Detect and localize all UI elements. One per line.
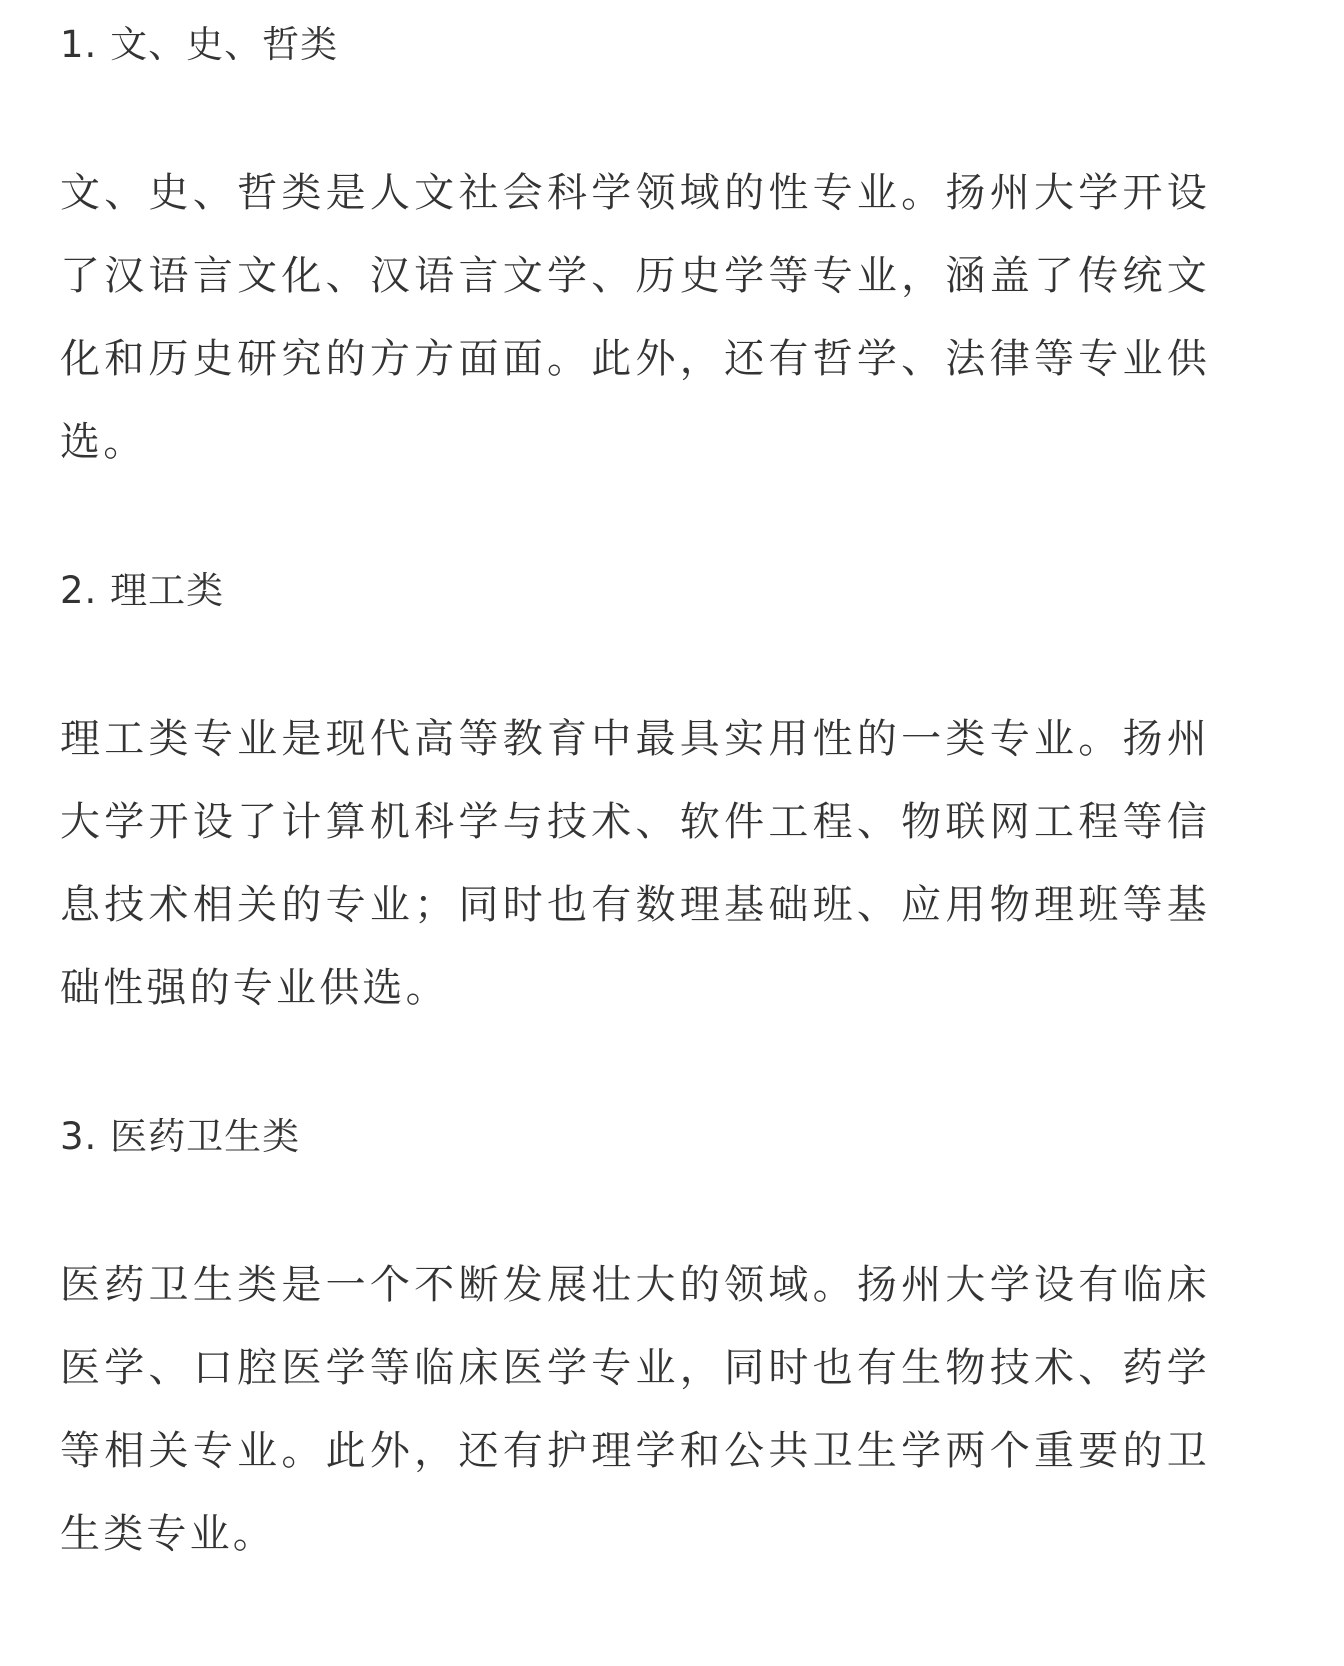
section-heading-medicine-health: 3. 医药卫生类 bbox=[60, 1112, 300, 1162]
section-paragraph-science-engineering: 理工类专业是现代高等教育中最具实用性的一类专业。扬州大学开设了计算机科学与技术、… bbox=[60, 698, 1210, 1030]
section-heading-humanities: 1. 文、史、哲类 bbox=[60, 20, 338, 70]
section-paragraph-medicine-health: 医药卫生类是一个不断发展壮大的领域。扬州大学设有临床医学、口腔医学等临床医学专业… bbox=[60, 1244, 1210, 1576]
section-paragraph-humanities: 文、史、哲类是人文社会科学领域的性专业。扬州大学开设了汉语言文化、汉语言文学、历… bbox=[60, 152, 1210, 484]
section-heading-science-engineering: 2. 理工类 bbox=[60, 566, 224, 616]
